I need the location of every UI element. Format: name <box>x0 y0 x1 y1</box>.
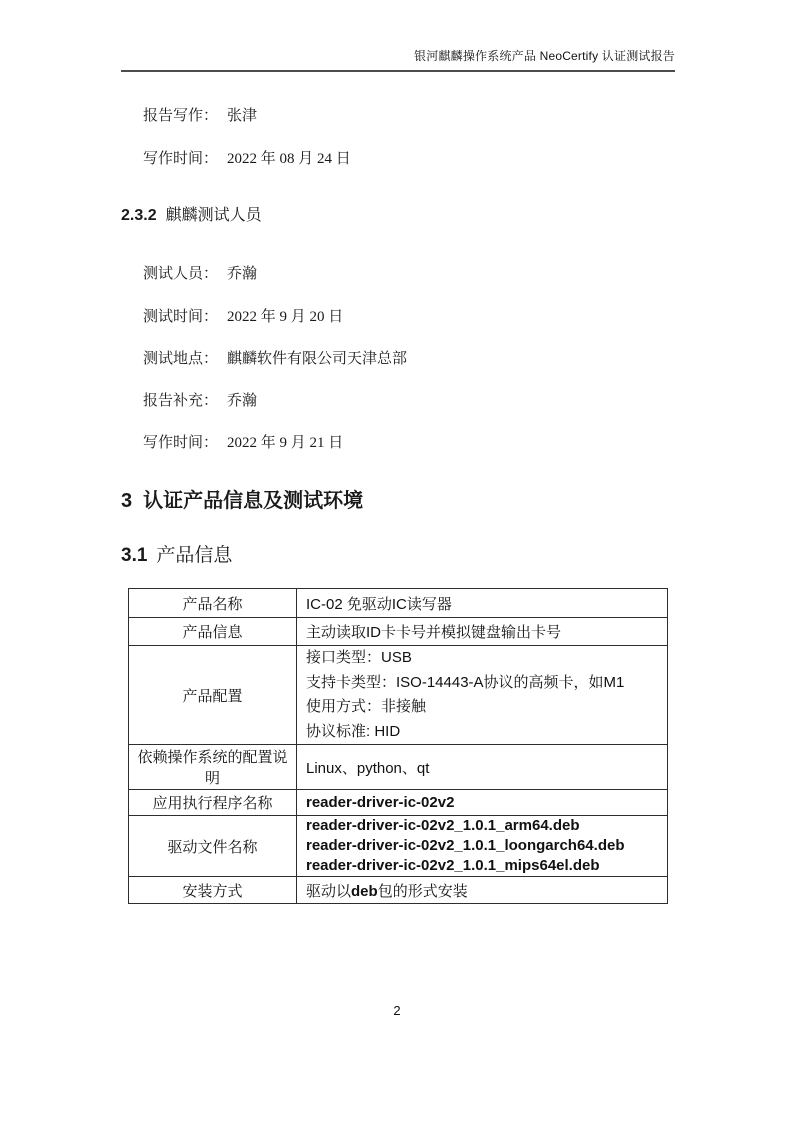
info-value: 乔瀚 <box>227 265 257 283</box>
info-value: 2022 年 9 月 20 日 <box>227 308 343 326</box>
section-heading-2-3-2: 2.3.2麒麟测试人员 <box>121 202 262 225</box>
value-segment: 包的形式安装 <box>378 883 468 900</box>
info-line-report-writer: 报告写作： 张津 <box>143 107 257 125</box>
section-title: 认证产品信息及测试环境 <box>143 490 363 512</box>
section-title: 产品信息 <box>156 545 232 566</box>
row-value-cell: 接口类型：USB 支持卡类型：ISO-14443-A协议的高频卡，如M1 使用方… <box>297 646 668 745</box>
info-label: 报告写作： <box>143 107 218 125</box>
info-label: 测试地点： <box>143 350 218 368</box>
info-value: 2022 年 9 月 21 日 <box>227 434 343 452</box>
row-value-cell: IC-02 免驱动IC读写器 <box>297 589 668 618</box>
row-label-cell: 依赖操作系统的配置说明 <box>129 745 297 790</box>
info-line-tester: 测试人员： 乔瀚 <box>143 265 257 283</box>
row-label-cell: 产品信息 <box>129 618 297 646</box>
config-line: 支持卡类型：ISO-14443-A协议的高频卡，如M1 <box>306 671 658 696</box>
row-value-cell: reader-driver-ic-02v2_1.0.1_arm64.deb re… <box>297 816 668 877</box>
section-number: 2.3.2 <box>121 207 157 224</box>
table-row: 安装方式 驱动以deb包的形式安装 <box>129 877 668 904</box>
product-info-table: 产品名称 IC-02 免驱动IC读写器 产品信息 主动读取ID卡卡号并模拟键盘输… <box>128 588 668 904</box>
table-row: 驱动文件名称 reader-driver-ic-02v2_1.0.1_arm64… <box>129 816 668 877</box>
info-line-test-location: 测试地点： 麒麟软件有限公司天津总部 <box>143 350 407 368</box>
config-line: 使用方式：非接触 <box>306 695 658 720</box>
table-row: 应用执行程序名称 reader-driver-ic-02v2 <box>129 790 668 816</box>
table-row: 依赖操作系统的配置说明 Linux、python、qt <box>129 745 668 790</box>
driver-file-name: reader-driver-ic-02v2_1.0.1_loongarch64.… <box>306 836 658 856</box>
running-header-title: 银河麒麟操作系统产品 NeoCertify 认证测试报告 <box>121 47 675 64</box>
value-segment-bold: deb <box>351 883 378 900</box>
header-rule <box>121 70 675 72</box>
info-value: 2022 年 08 月 24 日 <box>227 150 351 168</box>
config-line: 协议标准: HID <box>306 720 658 745</box>
info-value: 麒麟软件有限公司天津总部 <box>227 350 407 368</box>
section-title: 麒麟测试人员 <box>166 207 262 224</box>
row-value-cell: 主动读取ID卡卡号并模拟键盘输出卡号 <box>297 618 668 646</box>
section-heading-3: 3认证产品信息及测试环境 <box>121 484 363 513</box>
section-heading-3-1: 3.1产品信息 <box>121 540 232 567</box>
row-value-cell: 驱动以deb包的形式安装 <box>297 877 668 904</box>
info-label: 写作时间： <box>143 434 218 452</box>
row-value-cell: reader-driver-ic-02v2 <box>297 790 668 816</box>
driver-file-name: reader-driver-ic-02v2_1.0.1_arm64.deb <box>306 816 658 836</box>
info-label: 测试时间： <box>143 308 218 326</box>
info-line-writing-date: 写作时间： 2022 年 08 月 24 日 <box>143 150 351 168</box>
driver-file-name: reader-driver-ic-02v2_1.0.1_mips64el.deb <box>306 856 658 876</box>
info-value: 张津 <box>227 107 257 125</box>
document-page: 银河麒麟操作系统产品 NeoCertify 认证测试报告 报告写作： 张津 写作… <box>0 0 794 1123</box>
section-number: 3 <box>121 490 132 512</box>
info-label: 测试人员： <box>143 265 218 283</box>
info-label: 写作时间： <box>143 150 218 168</box>
row-label-cell: 产品名称 <box>129 589 297 618</box>
table-row: 产品配置 接口类型：USB 支持卡类型：ISO-14443-A协议的高频卡，如M… <box>129 646 668 745</box>
value-segment: 驱动以 <box>306 883 351 900</box>
info-line-report-supplement: 报告补充： 乔瀚 <box>143 392 257 410</box>
row-label-cell: 驱动文件名称 <box>129 816 297 877</box>
page-number: 2 <box>0 1003 794 1018</box>
info-value: 乔瀚 <box>227 392 257 410</box>
row-value-cell: Linux、python、qt <box>297 745 668 790</box>
table-row: 产品名称 IC-02 免驱动IC读写器 <box>129 589 668 618</box>
section-number: 3.1 <box>121 545 147 566</box>
info-line-test-date: 测试时间： 2022 年 9 月 20 日 <box>143 308 343 326</box>
info-label: 报告补充： <box>143 392 218 410</box>
info-line-writing-date-2: 写作时间： 2022 年 9 月 21 日 <box>143 434 343 452</box>
config-line: 接口类型：USB <box>306 646 658 671</box>
row-label-cell: 应用执行程序名称 <box>129 790 297 816</box>
row-label-cell: 产品配置 <box>129 646 297 745</box>
row-label-cell: 安装方式 <box>129 877 297 904</box>
table-row: 产品信息 主动读取ID卡卡号并模拟键盘输出卡号 <box>129 618 668 646</box>
